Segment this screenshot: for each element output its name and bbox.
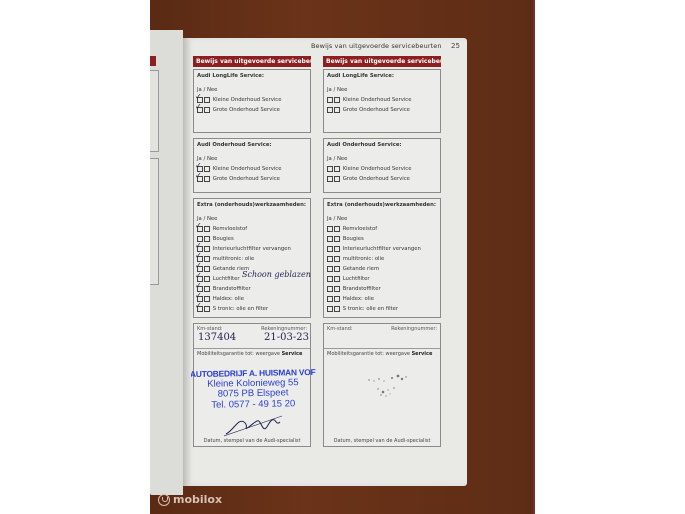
checkbox-nee[interactable]	[334, 246, 340, 252]
checkbox-ja[interactable]	[327, 256, 333, 262]
checkmark-icon: ✓	[195, 162, 202, 170]
item-label: Remvloeistof	[343, 226, 377, 232]
checkbox-ja[interactable]	[327, 306, 333, 312]
item-label: Kleine Onderhoud Service	[213, 166, 282, 172]
dealer-stamp: AUTOBEDRIJF A. HUISMAN VOF Kleine Koloni…	[188, 367, 319, 411]
item-label: Brandstoffilter	[213, 286, 251, 292]
column-title: Bewijs van uitgevoerde servicebeurten	[323, 56, 441, 67]
ja-nee-label: Ja / Nee	[194, 148, 310, 164]
checkbox-nee[interactable]	[334, 176, 340, 182]
longlife-service-box: Audi LongLife Service: Ja / Nee ✓ Kleine…	[193, 69, 311, 133]
checkbox-nee[interactable]	[204, 276, 210, 282]
checkmark-icon: ✓	[195, 103, 202, 111]
checkmark-icon: ✓	[195, 262, 202, 270]
checkbox-ja[interactable]	[327, 276, 333, 282]
checkmark-icon: ✓	[195, 252, 202, 260]
checkbox-nee[interactable]	[334, 166, 340, 172]
mobility-label: Mobiliteitsgarantie tot: weergave	[197, 351, 280, 357]
longlife-service-box: Audi LongLife Service: Ja / Nee Kleine O…	[323, 69, 441, 133]
booklet-photo: Bewijs van uitgevoerde servicebeurten 25…	[150, 0, 535, 514]
item-label: Remvloeistof	[213, 226, 247, 232]
item-label: S tronic: olie en filter	[213, 306, 268, 312]
box-title: Extra (onderhouds)werkzaamheden:	[324, 199, 440, 208]
checkbox-row[interactable]: Grote Onderhoud Service	[324, 174, 440, 184]
checkbox-nee[interactable]	[334, 236, 340, 242]
checkbox-nee[interactable]	[204, 176, 210, 182]
page-number: 25	[451, 42, 460, 50]
previous-page-edge	[150, 30, 183, 495]
checkmark-icon: ✓	[195, 172, 202, 180]
checkbox-ja[interactable]	[327, 107, 333, 113]
checkmark-icon: ✓	[195, 242, 202, 250]
checkbox-row[interactable]: Bougies	[194, 234, 310, 244]
item-label: Kleine Onderhoud Service	[343, 166, 412, 172]
service-record-box: Km-stand: Rekeningnummer: 137404 21-03-2…	[193, 323, 311, 447]
item-label: Grote Onderhoud Service	[343, 107, 410, 113]
checkbox-row[interactable]: ✓ Interieurluchtfilter vervangen	[194, 244, 310, 254]
ja-nee-label: Ja / Nee	[324, 79, 440, 95]
box-title: Audi LongLife Service:	[324, 70, 440, 79]
checkbox-row[interactable]: Haldex: olie	[324, 294, 440, 304]
previous-page-box	[150, 158, 159, 285]
checkbox-ja[interactable]	[327, 286, 333, 292]
checkbox-nee[interactable]	[204, 296, 210, 302]
checkbox-row[interactable]: Interieurluchtfilter vervangen	[324, 244, 440, 254]
previous-page-header-strip	[150, 56, 156, 66]
checkbox-ja[interactable]	[327, 246, 333, 252]
item-label: Haldex: olie	[213, 296, 244, 302]
onderhoud-service-box: Audi Onderhoud Service: Ja / Nee Kleine …	[323, 138, 441, 193]
km-label: Km-stand:	[327, 326, 353, 346]
item-label: Haldex: olie	[343, 296, 374, 302]
checkmark-icon: ✓	[195, 292, 202, 300]
checkbox-row[interactable]: Brandstoffilter	[324, 284, 440, 294]
faint-stamp-residue-icon	[364, 372, 414, 402]
item-label: S tronic: olie en filter	[343, 306, 398, 312]
checkmark-icon: ✓	[195, 282, 202, 290]
running-head: Bewijs van uitgevoerde servicebeurten	[311, 42, 442, 50]
mobility-label: Mobiliteitsgarantie tot: weergave	[327, 351, 410, 357]
item-label: Kleine Onderhoud Service	[213, 97, 282, 103]
checkbox-row[interactable]: multitronic: olie	[324, 254, 440, 264]
checkbox-row[interactable]: ✓ Kleine Onderhoud Service	[194, 95, 310, 105]
service-column-right: Bewijs van uitgevoerde servicebeurten Au…	[323, 56, 441, 447]
checkbox-ja[interactable]	[327, 296, 333, 302]
checkbox-nee[interactable]	[334, 107, 340, 113]
box-title: Audi Onderhoud Service:	[194, 139, 310, 148]
mobility-guarantee: Mobiliteitsgarantie tot: weergave Servic…	[194, 349, 310, 359]
page-gutter	[183, 38, 191, 486]
checkbox-nee[interactable]	[334, 276, 340, 282]
checkbox-row[interactable]: ✓ multitronic: olie	[194, 254, 310, 264]
item-label: Brandstoffilter	[343, 286, 381, 292]
item-label: multitronic: olie	[213, 256, 255, 262]
checkbox-nee[interactable]	[334, 306, 340, 312]
checkbox-ja[interactable]	[327, 236, 333, 242]
checkbox-row[interactable]: Kleine Onderhoud Service	[324, 95, 440, 105]
checkbox-row[interactable]: Grote Onderhoud Service	[324, 105, 440, 115]
checkbox-row[interactable]: Luchtfilter	[324, 274, 440, 284]
column-title: Bewijs van uitgevoerde servicebeurten	[193, 56, 311, 67]
mobility-bold: Service	[412, 351, 433, 357]
km-invoice-row: Km-stand: Rekeningnummer: 137404 21-03-2…	[194, 324, 310, 349]
checkbox-nee[interactable]	[204, 286, 210, 292]
item-label: Getande riem	[343, 266, 379, 272]
box-title: Audi LongLife Service:	[194, 70, 310, 79]
checkbox-nee[interactable]	[334, 296, 340, 302]
checkbox-row[interactable]: ✓ Remvloeistof	[194, 224, 310, 234]
item-label: Interieurluchtfilter vervangen	[343, 246, 421, 252]
invoice-label: Rekeningnummer:	[391, 326, 437, 346]
checkbox-nee[interactable]	[334, 226, 340, 232]
stamp-footer: Datum, stempel van de Audi-specialist	[194, 438, 310, 444]
item-label: Grote Onderhoud Service	[343, 176, 410, 182]
checkbox-row[interactable]: ✓ Grote Onderhoud Service	[194, 174, 310, 184]
checkmark-icon: ✓	[195, 272, 202, 280]
ja-nee-label: Ja / Nee	[324, 148, 440, 164]
checkmark-icon: ✓	[195, 222, 202, 230]
checkbox-ja[interactable]	[327, 266, 333, 272]
service-column-left: Bewijs van uitgevoerde servicebeurten Au…	[193, 56, 311, 447]
checkbox-ja[interactable]	[327, 226, 333, 232]
checkbox-ja[interactable]	[327, 97, 333, 103]
ja-nee-label: Ja / Nee	[194, 208, 310, 224]
ja-nee-label: Ja / Nee	[324, 208, 440, 224]
mobility-guarantee: Mobiliteitsgarantie tot: weergave Servic…	[324, 349, 440, 359]
item-label: Luchtfilter	[343, 276, 370, 282]
service-record-box: Km-stand: Rekeningnummer: Mobiliteitsgar…	[323, 323, 441, 447]
item-label: Interieurluchtfilter vervangen	[213, 246, 291, 252]
item-label: Luchtfilter	[213, 276, 240, 282]
checkmark-icon: ✓	[195, 93, 202, 101]
checkbox-ja[interactable]	[327, 166, 333, 172]
checkbox-nee[interactable]	[204, 246, 210, 252]
box-title: Audi Onderhoud Service:	[324, 139, 440, 148]
checkbox-row[interactable]: ✓ LuchtfilterSchoon geblazen	[194, 274, 310, 284]
checkbox-row[interactable]: ✓ Grote Onderhoud Service	[194, 105, 310, 115]
watermark-text: mobilox	[173, 493, 222, 506]
item-label: Kleine Onderhoud Service	[343, 97, 412, 103]
checkbox-nee[interactable]	[204, 256, 210, 262]
checkbox-nee[interactable]	[204, 226, 210, 232]
checkbox-nee[interactable]	[204, 166, 210, 172]
extra-work-box: Extra (onderhouds)werkzaamheden: Ja / Ne…	[323, 198, 441, 318]
checkbox-row[interactable]: Getande riem	[324, 264, 440, 274]
checkbox-nee[interactable]	[334, 266, 340, 272]
extra-work-box: Extra (onderhouds)werkzaamheden: Ja / Ne…	[193, 198, 311, 318]
checkbox-row[interactable]: S tronic: olie en filter	[324, 304, 440, 314]
item-label: multitronic: olie	[343, 256, 385, 262]
checkmark-icon: ✓	[195, 302, 202, 310]
box-title: Extra (onderhouds)werkzaamheden:	[194, 199, 310, 208]
previous-page-box	[150, 70, 159, 152]
checkbox-row[interactable]: Bougies	[324, 234, 440, 244]
checkbox-row[interactable]: ✓ Haldex: olie	[194, 294, 310, 304]
checkbox-nee[interactable]	[334, 97, 340, 103]
onderhoud-service-box: Audi Onderhoud Service: Ja / Nee ✓ Klein…	[193, 138, 311, 193]
item-label: Grote Onderhoud Service	[213, 176, 280, 182]
checkbox-nee[interactable]	[204, 236, 210, 242]
mobility-bold: Service	[282, 351, 303, 357]
checkbox-nee[interactable]	[204, 107, 210, 113]
checkbox-nee[interactable]	[204, 97, 210, 103]
invoice-value[interactable]: 21-03-23	[264, 332, 309, 343]
checkbox-nee[interactable]	[334, 286, 340, 292]
checkbox-ja[interactable]	[327, 176, 333, 182]
checkbox-nee[interactable]	[204, 306, 210, 312]
km-value[interactable]: 137404	[198, 332, 236, 343]
handwritten-note: Schoon geblazen	[242, 271, 311, 279]
mobilox-logo-icon	[158, 494, 170, 506]
item-label: Bougies	[213, 236, 234, 242]
checkbox-row[interactable]: ✓ Brandstoffilter	[194, 284, 310, 294]
item-label: Bougies	[343, 236, 364, 242]
item-label: Grote Onderhoud Service	[213, 107, 280, 113]
checkbox-nee[interactable]	[334, 256, 340, 262]
signature-icon	[224, 412, 284, 437]
km-invoice-row: Km-stand: Rekeningnummer:	[324, 324, 440, 349]
checkbox-row[interactable]: ✓ Kleine Onderhoud Service	[194, 164, 310, 174]
checkbox-row[interactable]: Kleine Onderhoud Service	[324, 164, 440, 174]
checkbox-row[interactable]: Remvloeistof	[324, 224, 440, 234]
watermark: mobilox	[158, 493, 222, 506]
checkbox-nee[interactable]	[204, 266, 210, 272]
checkbox-row[interactable]: ✓ S tronic: olie en filter	[194, 304, 310, 314]
stamp-line-phone: Tel. 0577 - 49 15 20	[188, 398, 318, 411]
stamp-footer: Datum, stempel van de Audi-specialist	[324, 438, 440, 444]
ja-nee-label: Ja / Nee	[194, 79, 310, 95]
service-page: Bewijs van uitgevoerde servicebeurten 25…	[183, 38, 467, 486]
